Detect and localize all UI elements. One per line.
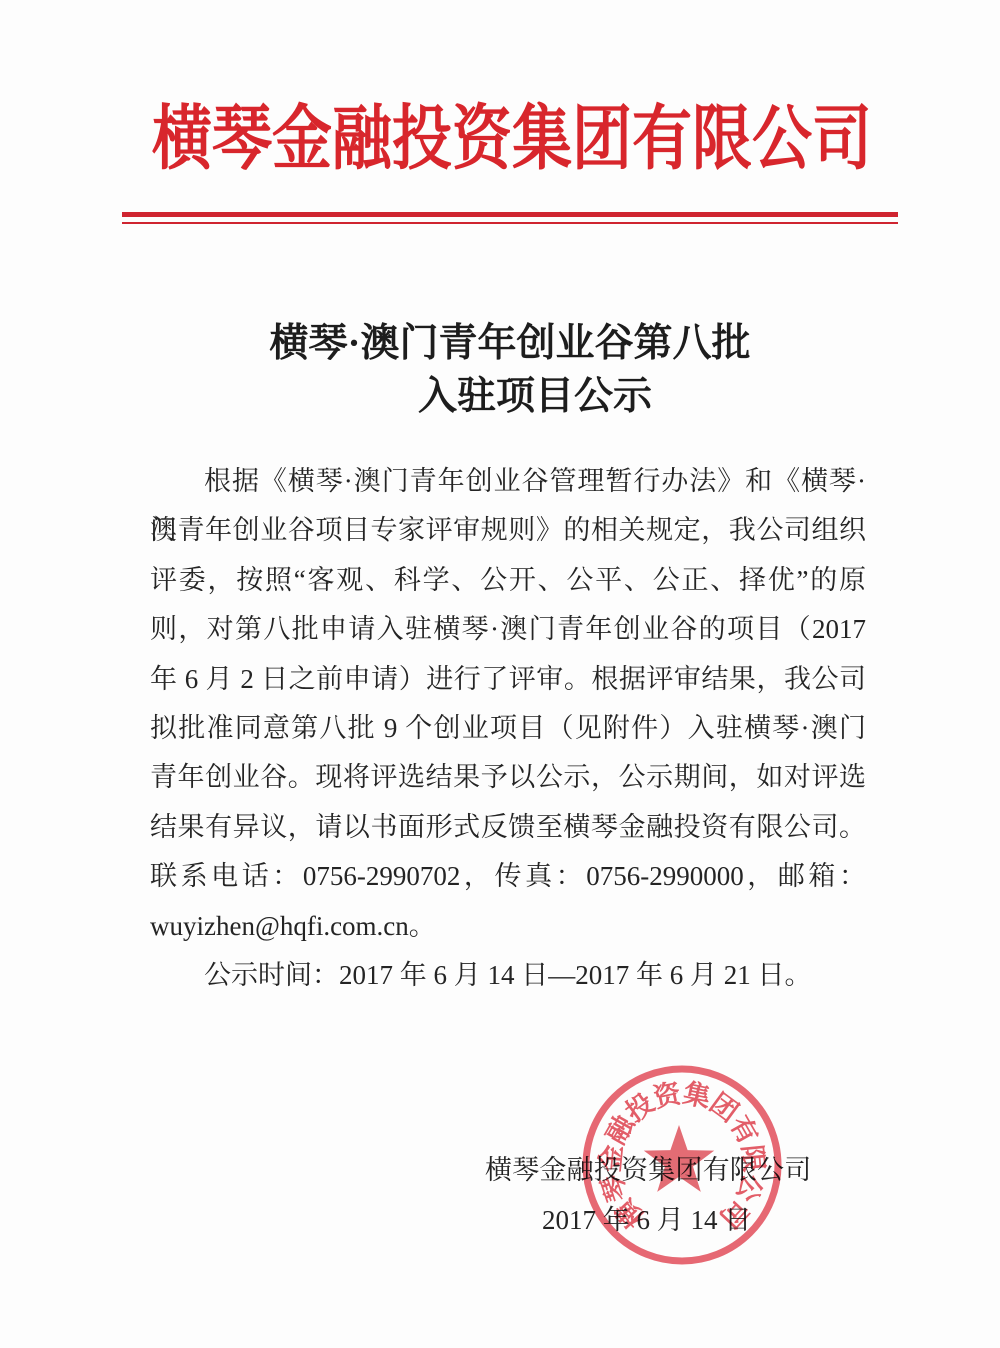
document-title-line-2: 入驻项目公示 — [35, 365, 1000, 421]
body-line: 评委，按照“客观、科学、公开、公平、公正、择优”的原 — [150, 556, 866, 605]
letterhead-divider-thick — [122, 212, 898, 217]
seal-arc-char: 团 — [704, 1088, 744, 1128]
seal-arc-char: 投 — [620, 1087, 660, 1128]
body-line: 根据《横琴·澳门青年创业谷管理暂行办法》和《横琴·澳 — [150, 457, 866, 506]
body-line: 公示时间：2017 年 6 月 14 日—2017 年 6 月 21 日。 — [150, 951, 866, 1000]
seal-arc-char: 集 — [681, 1077, 714, 1113]
body-line: 则，对第八批申请入驻横琴·澳门青年创业谷的项目（2017 — [150, 605, 866, 654]
seal-arc-char: 有 — [724, 1111, 763, 1149]
letterhead-company-name: 横琴金融投资集团有限公司 — [12, 89, 1000, 190]
document-body: 根据《横琴·澳门青年创业谷管理暂行办法》和《横琴·澳门青年创业谷项目专家评审规则… — [150, 457, 866, 1000]
document-title-line-1: 横琴·澳门青年创业谷第八批 — [10, 312, 1000, 368]
body-line: 门青年创业谷项目专家评审规则》的相关规定，我公司组织 — [150, 506, 866, 555]
body-line: 联系电话：0756-2990702，传真：0756-2990000，邮箱： — [150, 852, 866, 901]
body-line: 结果有异议，请以书面形式反馈至横琴金融投资有限公司。 — [150, 803, 866, 852]
body-line: 青年创业谷。现将评选结果予以公示，公示期间，如对评选 — [150, 753, 866, 802]
document-page: 横琴金融投资集团有限公司 横琴·澳门青年创业谷第八批 入驻项目公示 根据《横琴·… — [0, 0, 1000, 1348]
body-line: 拟批准同意第八批 9 个创业项目（见附件）入驻横琴·澳门 — [150, 704, 866, 753]
signature-company-name: 横琴金融投资集团有限公司 — [485, 1154, 811, 1186]
seal-arc-char: 资 — [651, 1077, 685, 1113]
letterhead-divider-thin — [122, 222, 898, 224]
signature-date: 2017 年 6 月 14 日 — [542, 1204, 751, 1236]
body-line: 年 6 月 2 日之前申请）进行了评审。根据评审结果，我公司 — [150, 655, 866, 704]
body-line: wuyizhen@hqfi.com.cn。 — [150, 902, 866, 951]
seal-arc-char: 融 — [601, 1110, 641, 1149]
